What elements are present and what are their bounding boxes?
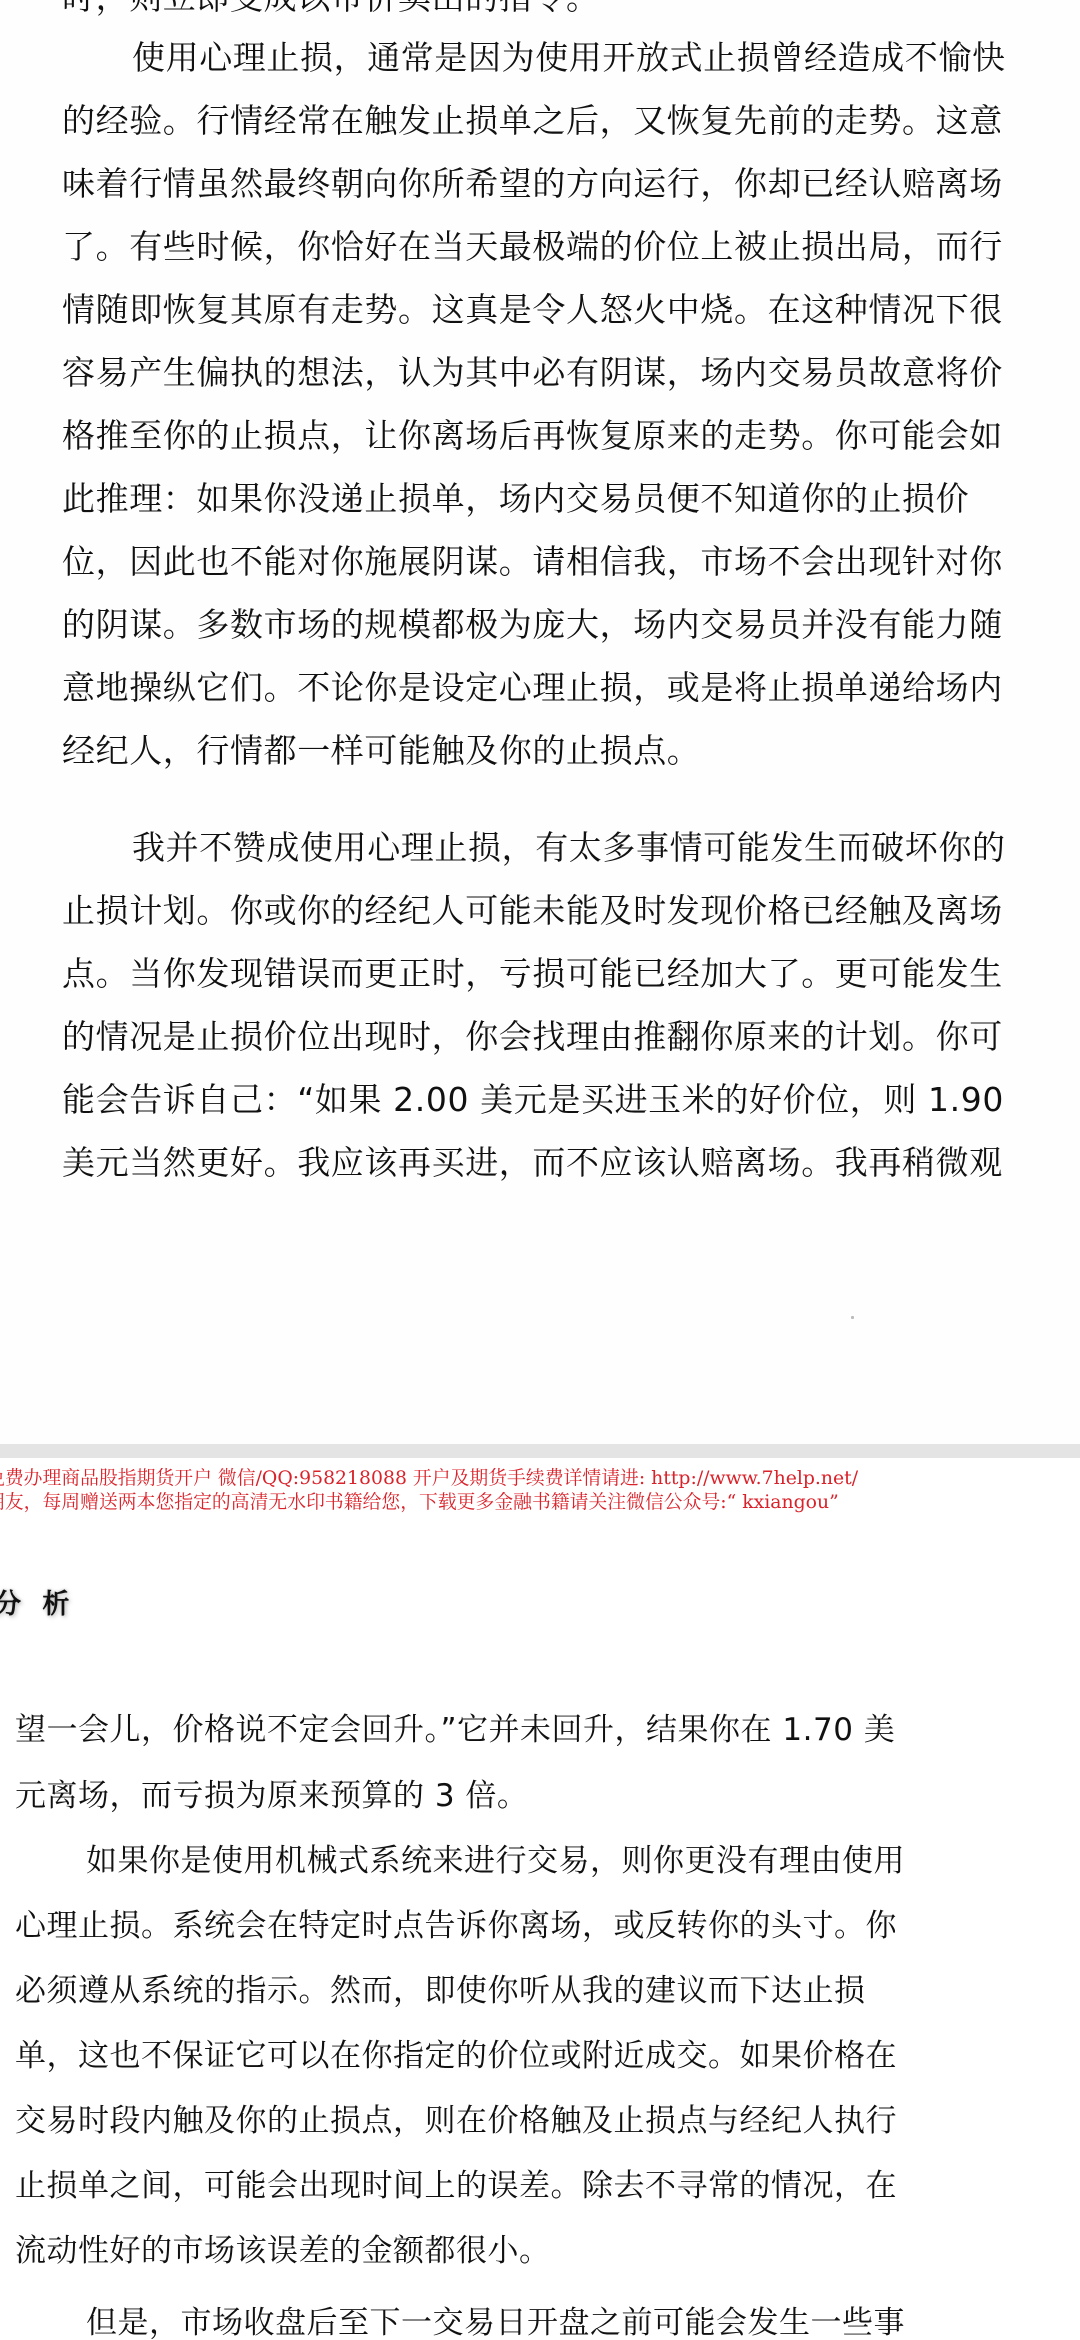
text-line: 交易时段内触及你的止损点，则在价格触及止损点与经纪人执行 <box>15 2101 897 2141</box>
watermark-line-1: 免费办理商品股指期货开户 微信/QQ:958218088 开户及期货手续费详情请… <box>0 1466 1076 1490</box>
text-line: 了。有些时候，你恰好在当天最极端的价位上被止损出局，而行 <box>62 227 1003 267</box>
text-line: 元离场，而亏损为原来预算的 3 倍。 <box>15 1776 528 1816</box>
text-line: 心理止损。系统会在特定时点告诉你离场，或反转你的头寸。你 <box>15 1906 897 1946</box>
text-line: 的阴谋。多数市场的规模都极为庞大，场内交易员并没有能力随 <box>62 605 1003 645</box>
text-line: 流动性好的市场该误差的金额都很小。 <box>15 2231 551 2271</box>
text-line: 位，因此也不能对你施展阴谋。请相信我，市场不会出现针对你 <box>62 542 1003 582</box>
text-line: 容易产生偏执的想法，认为其中必有阴谋，场内交易员故意将价 <box>62 353 1003 393</box>
text-line: 此推理：如果你没递止损单，场内交易员便不知道你的止损价 <box>62 479 969 519</box>
text-line: 能会告诉自己：“如果 2.00 美元是买进玉米的好价位，则 1.90 <box>62 1080 1004 1120</box>
text-line: 点。当你发现错误而更正时，亏损可能已经加大了。更可能发生 <box>62 954 1003 994</box>
paragraph-start-line: 我并不赞成使用心理止损，有太多事情可能发生而破坏你的 <box>132 828 1006 868</box>
text-line: 的经验。行情经常在触发止损单之后，又恢复先前的走势。这意 <box>62 101 1003 141</box>
text-line-clipped: 时，则立即变成以市价卖出的指令。 <box>62 0 600 18</box>
text-line: 情随即恢复其原有走势。这真是令人怒火中烧。在这种情况下很 <box>62 290 1003 330</box>
text-line: 味着行情虽然最终朝向你所希望的方向运行，你却已经认赔离场 <box>62 164 1003 204</box>
paragraph-start-line: 但是，市场收盘后至下一交易日开盘之前可能会发生一些事 <box>86 2303 905 2340</box>
text-line: 望一会儿，价格说不定会回升。”它并未回升，结果你在 1.70 美 <box>15 1710 895 1750</box>
text-line: 止损单之间，可能会出现时间上的误差。除去不寻常的情况，在 <box>15 2166 897 2206</box>
text-line: 的情况是止损价位出现时，你会找理由推翻你原来的计划。你可 <box>62 1017 1003 1057</box>
upper-book-page: 时，则立即变成以市价卖出的指令。 使用心理止损，通常是因为使用开放式止损曾经造成… <box>0 0 1080 1444</box>
text-line: 必须遵从系统的指示。然而，即使你听从我的建议而下达止损 <box>15 1971 866 2011</box>
paragraph-start-line: 如果你是使用机械式系统来进行交易，则你更没有理由使用 <box>86 1841 905 1881</box>
text-line: 单，这也不保证它可以在你指定的价位或附近成交。如果价格在 <box>15 2036 897 2076</box>
text-line: 美元当然更好。我应该再买进，而不应该认赔离场。我再稍微观 <box>62 1143 1003 1183</box>
text-line: 止损计划。你或你的经纪人可能未能及时发现价格已经触及离场 <box>62 891 1003 931</box>
watermark-line-2: 朋友，每周赠送两本您指定的高清无水印书籍给您，下载更多金融书籍请关注微信公众号:… <box>0 1490 1076 1514</box>
paragraph-start-line: 使用心理止损，通常是因为使用开放式止损曾经造成不愉快 <box>132 38 1006 78</box>
text-line: 经纪人，行情都一样可能触及你的止损点。 <box>62 731 700 771</box>
page-divider <box>0 1444 1080 1458</box>
text-line: 意地操纵它们。不论你是设定心理止损，或是将止损单递给场内 <box>62 668 1003 708</box>
text-line: 格推至你的止损点，让你离场后再恢复原来的走势。你可能会如 <box>62 416 1003 456</box>
lower-book-page: 免费办理商品股指期货开户 微信/QQ:958218088 开户及期货手续费详情请… <box>0 1458 1080 2340</box>
section-heading: 分 析 <box>0 1582 75 1621</box>
scan-speck <box>851 1316 854 1319</box>
